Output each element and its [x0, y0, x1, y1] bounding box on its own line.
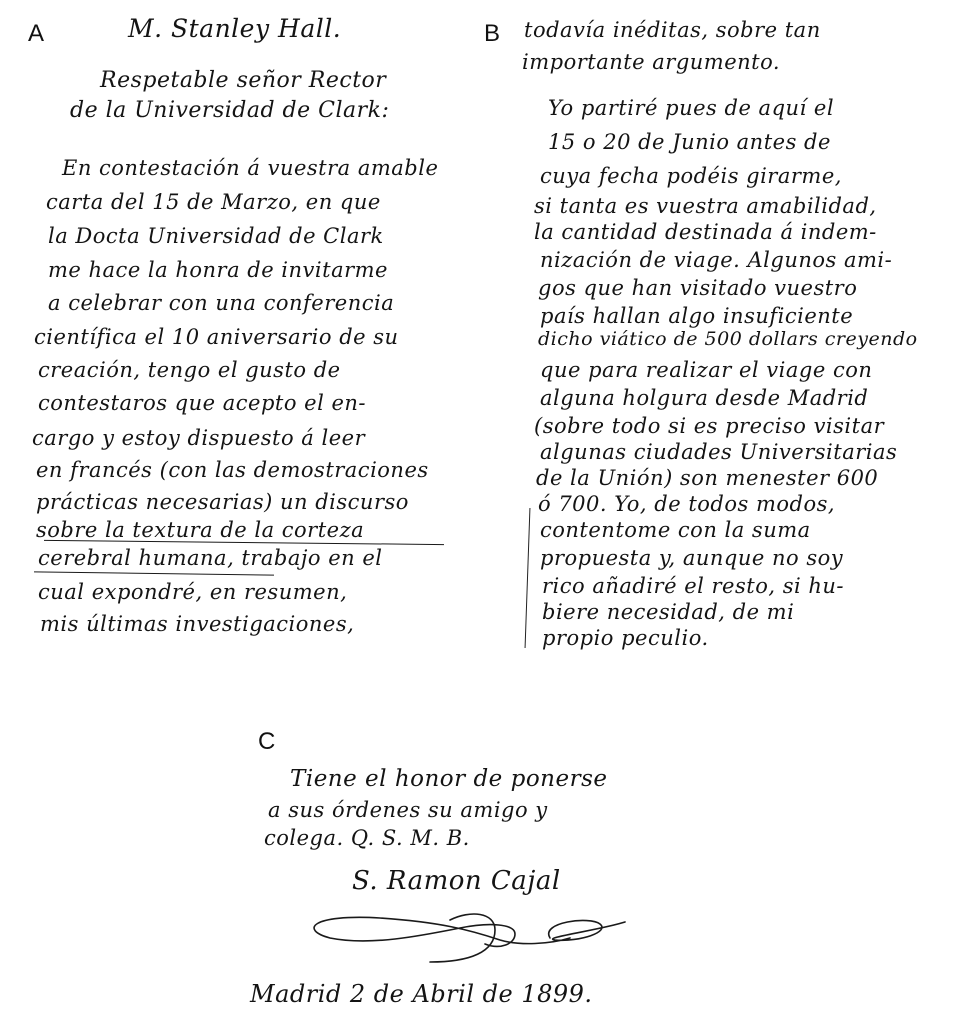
letter-body-line: contentome con la suma: [540, 520, 811, 541]
letter-body-line: me hace la honra de invitarme: [48, 260, 388, 281]
letter-body-line: que para realizar el viage con: [540, 360, 872, 381]
letter-body-line: cual expondré, en resumen,: [38, 582, 347, 603]
letter-body-line: carta del 15 de Marzo, en que: [46, 192, 381, 213]
letter-body-line: científica el 10 aniversario de su: [34, 327, 399, 348]
letter-addressee: M. Stanley Hall.: [128, 16, 341, 41]
letter-body-line: propuesta y, aunque no soy: [540, 548, 843, 569]
letter-body-line: de la Unión) son menester 600: [536, 468, 878, 489]
letter-body-line: nización de viage. Algunos ami-: [540, 250, 892, 271]
panel-label-a: A: [28, 22, 44, 46]
letter-body-line: creación, tengo el gusto de: [38, 360, 341, 381]
letter-body-line: prácticas necesarias) un discurso: [36, 492, 409, 513]
letter-body-line: cerebral humana, trabajo en el: [38, 548, 383, 569]
underline-stroke: [34, 571, 274, 575]
letter-body-line: En contestación á vuestra amable: [62, 158, 438, 179]
letter-body-line: a celebrar con una conferencia: [48, 293, 394, 314]
signature-flourish-icon: [300, 900, 630, 970]
letter-body-line: sobre la textura de la corteza: [36, 520, 364, 541]
letter-body-line: si tanta es vuestra amabilidad,: [534, 196, 877, 217]
letter-body-line: importante argumento.: [522, 52, 780, 73]
letter-body-line: ó 700. Yo, de todos modos,: [538, 494, 835, 515]
signature: S. Ramon Cajal: [352, 868, 561, 894]
margin-bracket-line: [525, 508, 531, 648]
letter-body-line: la cantidad destinada á indem-: [534, 222, 877, 243]
letter-body-line: 15 o 20 de Junio antes de: [548, 132, 831, 153]
letter-body-line: alguna holgura desde Madrid: [540, 388, 868, 409]
letter-body-line: contestaros que acepto el en-: [38, 393, 366, 414]
letter-body-line: propio peculio.: [542, 628, 709, 649]
letter-body-line: (sobre todo si es preciso visitar: [534, 416, 884, 437]
letter-body-line: cargo y estoy dispuesto á leer: [32, 428, 365, 449]
letter-body-line: en francés (con las demostraciones: [36, 460, 429, 481]
letter-body-line: gos que han visitado vuestro: [538, 278, 857, 299]
letter-body-line: algunas ciudades Universitarias: [540, 442, 897, 463]
letter-body-line: todavía inéditas, sobre tan: [524, 20, 821, 41]
letter-body-line: dicho viático de 500 dollars creyendo: [538, 330, 918, 349]
letter-body-line: biere necesidad, de mi: [542, 602, 794, 623]
letter-heading-line: Respetable señor Rector: [100, 70, 386, 92]
closing-line: a sus órdenes su amigo y: [268, 800, 548, 821]
date-line: Madrid 2 de Abril de 1899.: [250, 982, 593, 1006]
closing-line: Tiene el honor de ponerse: [290, 768, 608, 791]
letter-body-line: rico añadiré el resto, si hu-: [542, 576, 844, 597]
closing-line: colega. Q. S. M. B.: [264, 828, 470, 849]
panel-label-c: C: [258, 730, 275, 754]
letter-body-line: mis últimas investigaciones,: [40, 614, 354, 635]
letter-body-line: Yo partiré pues de aquí el: [548, 98, 834, 119]
panel-label-b: B: [484, 22, 500, 46]
letter-body-line: país hallan algo insuficiente: [540, 306, 853, 327]
letter-body-line: cuya fecha podéis girarme,: [540, 166, 842, 187]
letter-heading-line: de la Universidad de Clark:: [70, 100, 389, 122]
letter-body-line: la Docta Universidad de Clark: [48, 226, 384, 247]
